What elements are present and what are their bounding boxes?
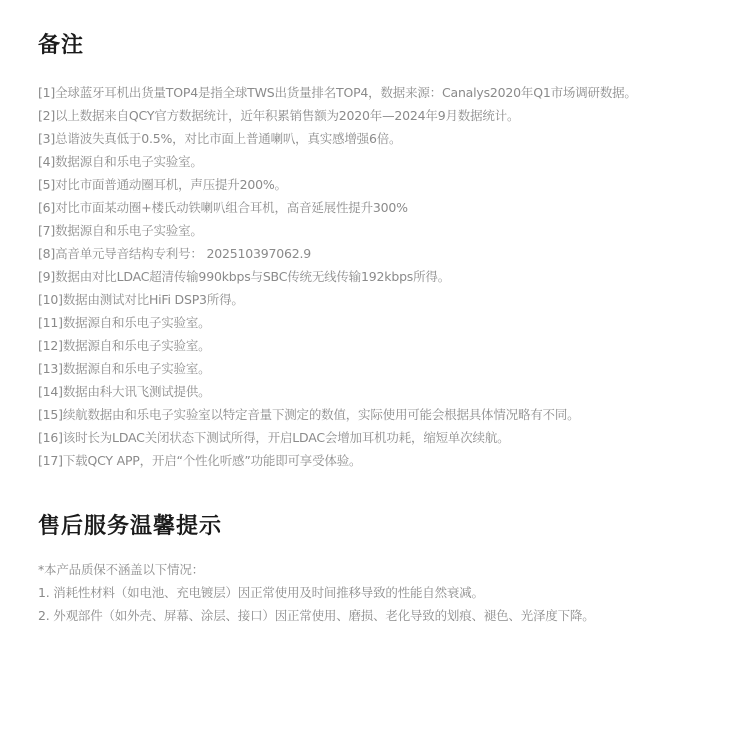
note-item-15: [15]续航数据由和乐电子实验室以特定音量下测定的数值，实际使用可能会根据具体情… [38, 403, 730, 426]
note-item-4: [4]数据源自和乐电子实验室。 [38, 150, 730, 173]
notes-title: 备注 [38, 30, 730, 62]
note-item-11: [11]数据源自和乐电子实验室。 [38, 311, 730, 334]
note-item-10: [10]数据由测试对比HiFi DSP3所得。 [38, 288, 730, 311]
note-item-8: [8]高音单元导音结构专利号： 202510397062.9 [38, 242, 730, 265]
note-item-6: [6]对比市面某动圈+楼氏动铁喇叭组合耳机，高音延展性提升300% [38, 196, 730, 219]
after-sales-item-1: 1. 消耗性材料（如电池、充电镀层）因正常使用及时间推移导致的性能自然衰减。 [38, 581, 730, 604]
note-item-13: [13]数据源自和乐电子实验室。 [38, 357, 730, 380]
notes-section: 备注 [1]全球蓝牙耳机出货量TOP4是指全球TWS出货量排名TOP4，数据来源… [38, 30, 730, 488]
after-sales-list: *本产品质保不涵盖以下情况： 1. 消耗性材料（如电池、充电镀层）因正常使用及时… [38, 558, 730, 627]
after-sales-item-2: 2. 外观部件（如外壳、屏幕、涂层、接口）因正常使用、磨损、老化导致的划痕、褪色… [38, 604, 730, 627]
note-item-12: [12]数据源自和乐电子实验室。 [38, 334, 730, 357]
note-item-5: [5]对比市面普通动圈耳机，声压提升200%。 [38, 173, 730, 196]
after-sales-title: 售后服务温馨提示 [38, 511, 730, 543]
after-sales-section: 售后服务温馨提示 *本产品质保不涵盖以下情况： 1. 消耗性材料（如电池、充电镀… [38, 511, 730, 643]
note-item-9: [9]数据由对比LDAC超清传输990kbps与SBC传统无线传输192kbps… [38, 265, 730, 288]
note-item-16: [16]该时长为LDAC关闭状态下测试所得，开启LDAC会增加耳机功耗，缩短单次… [38, 426, 730, 449]
note-item-3: [3]总谐波失真低于0.5%，对比市面上普通喇叭，真实感增强6倍。 [38, 127, 730, 150]
note-item-7: [7]数据源自和乐电子实验室。 [38, 219, 730, 242]
note-item-1: [1]全球蓝牙耳机出货量TOP4是指全球TWS出货量排名TOP4，数据来源：Ca… [38, 81, 730, 104]
note-item-2: [2]以上数据来自QCY官方数据统计，近年积累销售额为2020年—2024年9月… [38, 104, 730, 127]
notes-list: [1]全球蓝牙耳机出货量TOP4是指全球TWS出货量排名TOP4，数据来源：Ca… [38, 81, 730, 472]
note-item-14: [14]数据由科大讯飞测试提供。 [38, 380, 730, 403]
note-item-17: [17]下载QCY APP，开启“个性化听感”功能即可享受体验。 [38, 449, 730, 472]
after-sales-intro: *本产品质保不涵盖以下情况： [38, 558, 730, 581]
